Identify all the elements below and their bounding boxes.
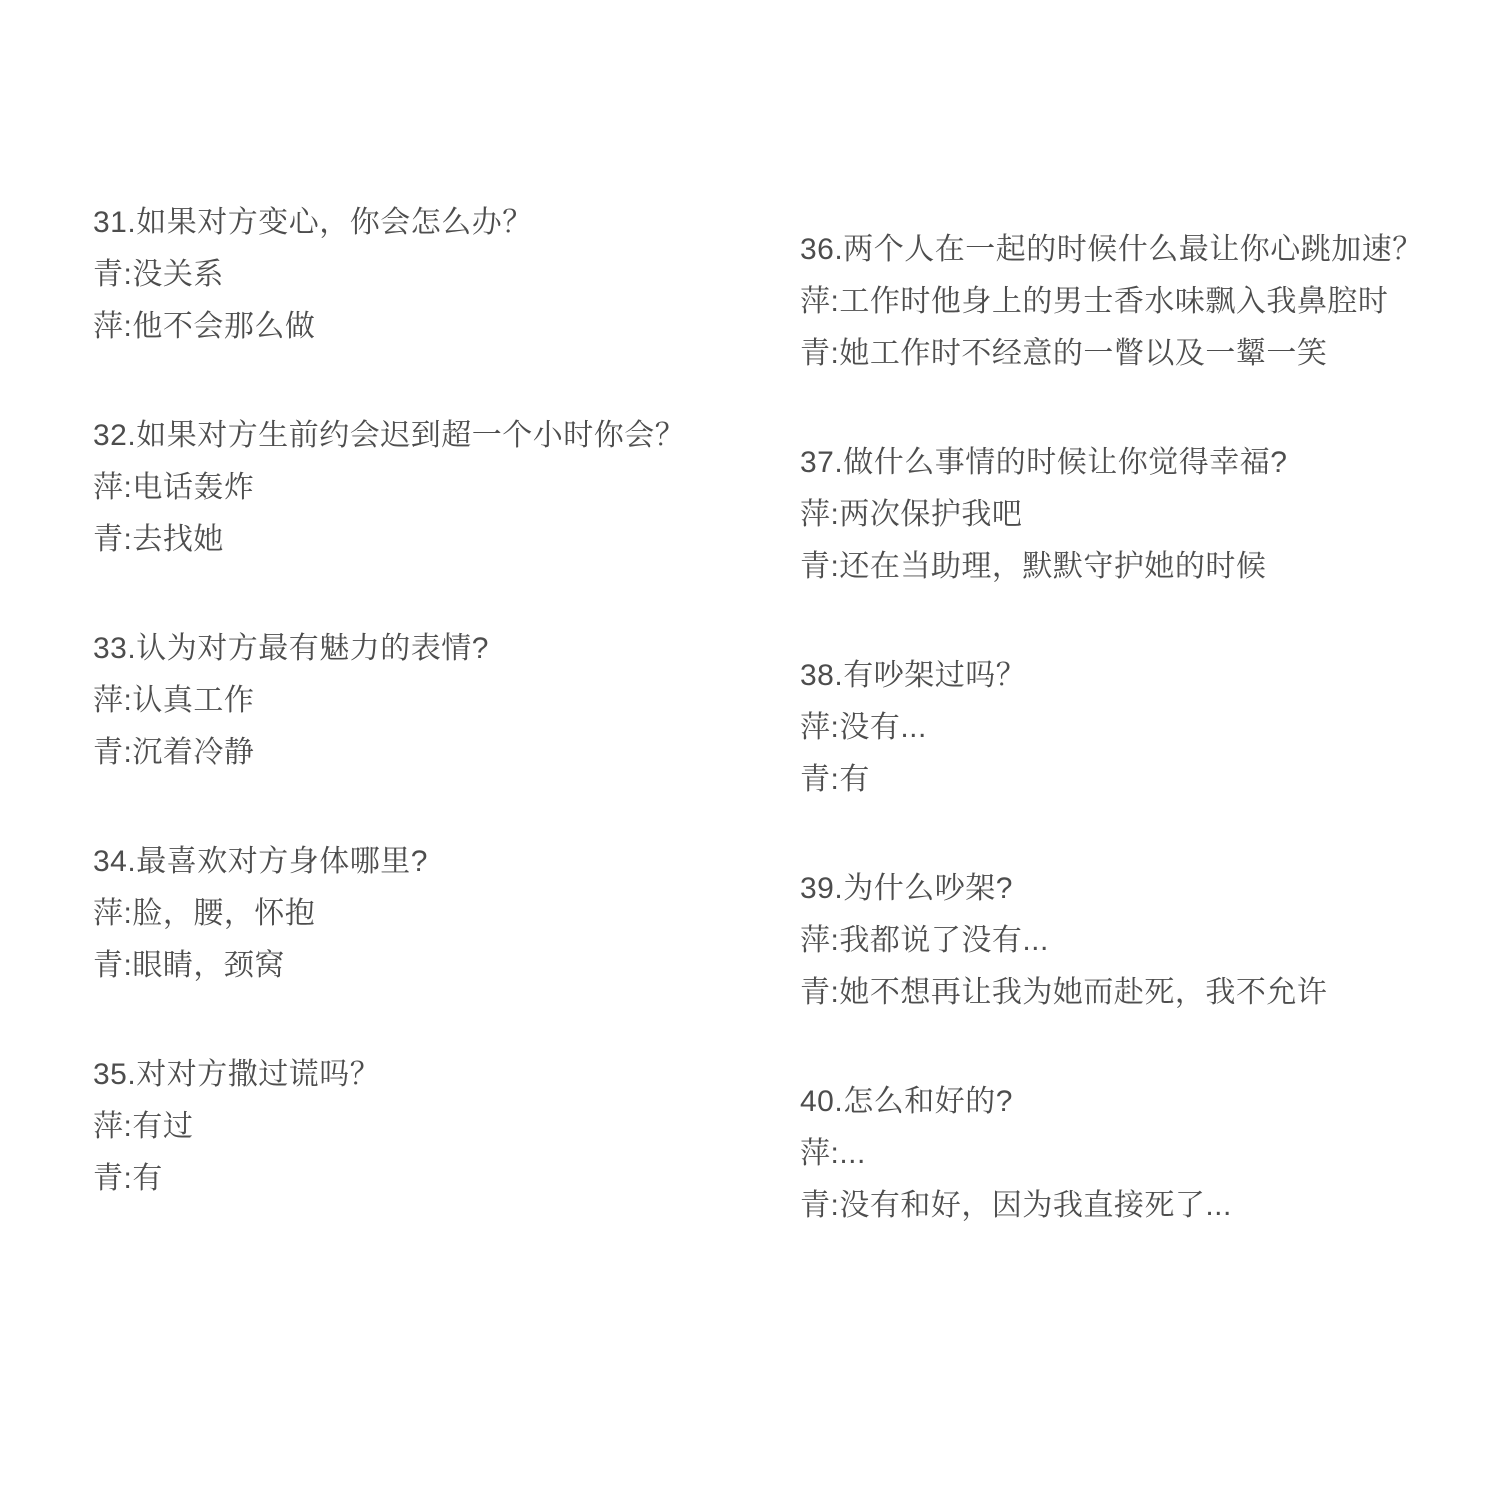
answer-line: 青:没关系 <box>93 249 685 301</box>
question-line: 36.两个人在一起的时候什么最让你心跳加速？ <box>800 224 1423 276</box>
question-line: 37.做什么事情的时候让你觉得幸福? <box>800 437 1423 489</box>
answer-line: 萍:两次保护我吧 <box>800 489 1423 541</box>
answer-line: 萍:脸，腰，怀抱 <box>93 888 685 940</box>
question-line: 39.为什么吵架? <box>800 863 1423 915</box>
qa-block-38: 38.有吵架过吗？ 萍:没有... 青:有 <box>800 650 1423 806</box>
answer-line: 青:没有和好，因为我直接死了... <box>800 1180 1423 1232</box>
column-right: 36.两个人在一起的时候什么最让你心跳加速？ 萍:工作时他身上的男士香水味飘入我… <box>800 224 1423 1289</box>
qa-block-40: 40.怎么和好的? 萍:... 青:没有和好，因为我直接死了... <box>800 1076 1423 1232</box>
answer-line: 萍:... <box>800 1128 1423 1180</box>
qa-block-34: 34.最喜欢对方身体哪里? 萍:脸，腰，怀抱 青:眼睛，颈窝 <box>93 836 685 992</box>
answer-line: 萍:没有... <box>800 702 1423 754</box>
question-line: 32.如果对方生前约会迟到超一个小时你会？ <box>93 410 685 462</box>
answer-line: 青:有 <box>93 1153 685 1205</box>
column-left: 31.如果对方变心，你会怎么办？ 青:没关系 萍:他不会那么做 32.如果对方生… <box>93 197 685 1262</box>
qa-block-33: 33.认为对方最有魅力的表情? 萍:认真工作 青:沉着冷静 <box>93 623 685 779</box>
answer-line: 青:她工作时不经意的一瞥以及一颦一笑 <box>800 328 1423 380</box>
document-page: 31.如果对方变心，你会怎么办？ 青:没关系 萍:他不会那么做 32.如果对方生… <box>0 0 1500 1500</box>
question-line: 40.怎么和好的? <box>800 1076 1423 1128</box>
question-line: 31.如果对方变心，你会怎么办？ <box>93 197 685 249</box>
question-line: 35.对对方撒过谎吗？ <box>93 1049 685 1101</box>
answer-line: 青:沉着冷静 <box>93 727 685 779</box>
answer-line: 青:去找她 <box>93 514 685 566</box>
answer-line: 萍:他不会那么做 <box>93 301 685 353</box>
answer-line: 萍:我都说了没有... <box>800 915 1423 967</box>
answer-line: 萍:有过 <box>93 1101 685 1153</box>
answer-line: 青:有 <box>800 754 1423 806</box>
qa-block-32: 32.如果对方生前约会迟到超一个小时你会？ 萍:电话轰炸 青:去找她 <box>93 410 685 566</box>
question-line: 33.认为对方最有魅力的表情? <box>93 623 685 675</box>
question-line: 34.最喜欢对方身体哪里? <box>93 836 685 888</box>
answer-line: 青:还在当助理，默默守护她的时候 <box>800 541 1423 593</box>
qa-block-39: 39.为什么吵架? 萍:我都说了没有... 青:她不想再让我为她而赴死，我不允许 <box>800 863 1423 1019</box>
answer-line: 萍:工作时他身上的男士香水味飘入我鼻腔时 <box>800 276 1423 328</box>
qa-block-35: 35.对对方撒过谎吗？ 萍:有过 青:有 <box>93 1049 685 1205</box>
answer-line: 萍:认真工作 <box>93 675 685 727</box>
qa-block-37: 37.做什么事情的时候让你觉得幸福? 萍:两次保护我吧 青:还在当助理，默默守护… <box>800 437 1423 593</box>
answer-line: 青:她不想再让我为她而赴死，我不允许 <box>800 967 1423 1019</box>
answer-line: 青:眼睛，颈窝 <box>93 940 685 992</box>
answer-line: 萍:电话轰炸 <box>93 462 685 514</box>
qa-block-31: 31.如果对方变心，你会怎么办？ 青:没关系 萍:他不会那么做 <box>93 197 685 353</box>
qa-block-36: 36.两个人在一起的时候什么最让你心跳加速？ 萍:工作时他身上的男士香水味飘入我… <box>800 224 1423 380</box>
question-line: 38.有吵架过吗？ <box>800 650 1423 702</box>
